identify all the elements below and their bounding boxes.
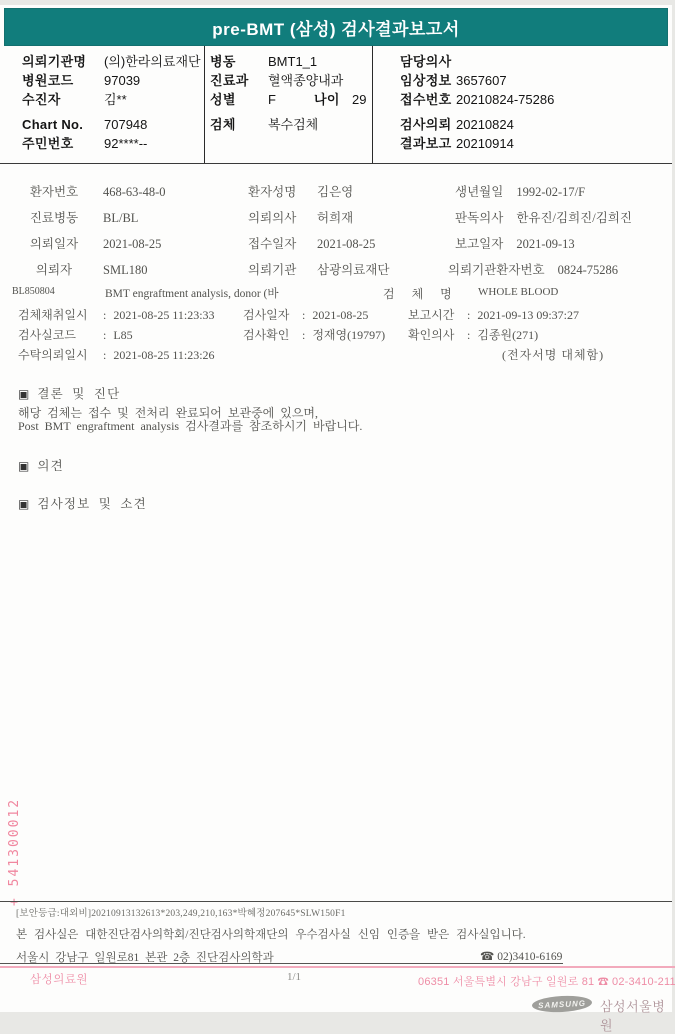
field-value: (의)한라의료재단 bbox=[104, 54, 201, 69]
info-row: 진료과혈액종양내과 bbox=[210, 71, 366, 90]
field-label: 검체채취일시 bbox=[18, 306, 96, 323]
hospital-address-line: 06351 서울특별시 강남구 일원로 81 ☎ 02-3410-2114 bbox=[418, 973, 675, 989]
section-marker-icon: ▣ bbox=[18, 387, 29, 401]
field-value: 707948 bbox=[104, 117, 147, 132]
field-value: 20210824 bbox=[456, 117, 514, 132]
confirm-doctor-field: 확인의사:김종원(271) bbox=[408, 326, 538, 343]
page-number: 1/1 bbox=[287, 971, 301, 983]
field-label: 확인의사 bbox=[408, 326, 460, 343]
field-value: BL/BL bbox=[103, 211, 138, 225]
patient-row: 진료병동BL/BL 의뢰의사허희재 판독의사한유진/김희진/김희진 bbox=[0, 208, 672, 228]
section-opinion-heading: ▣의견 bbox=[18, 456, 64, 474]
field-value: 2021-08-25 bbox=[312, 308, 368, 322]
field-value: 92****-- bbox=[104, 136, 147, 151]
field-label: 의뢰기관명 bbox=[22, 52, 104, 71]
section-title: 결론 및 진단 bbox=[37, 387, 120, 401]
report-title-bar: pre-BMT (삼성) 검사결과보고서 bbox=[4, 8, 668, 46]
info-column-right: 담당의사 임상정보3657607 접수번호20210824-75286 검사의뢰… bbox=[400, 52, 554, 153]
field-label: 의뢰일자 bbox=[18, 234, 90, 252]
field-label: 생년월일 bbox=[455, 182, 503, 200]
verified-by-field: 검사확인:정재영(19797) bbox=[243, 326, 385, 343]
conclusion-line: Post BMT engraftment analysis 검사결과를 참조하시… bbox=[18, 417, 362, 434]
field-label: 의뢰의사 bbox=[248, 208, 304, 226]
section-title: 의견 bbox=[37, 459, 64, 473]
footer-top-rule bbox=[0, 901, 672, 902]
report-time-field: 보고시간:2021-09-13 09:37:27 bbox=[408, 306, 579, 323]
field-value: 2021-09-13 09:37:27 bbox=[477, 308, 579, 322]
field-label: 나이 bbox=[314, 90, 352, 109]
info-row: Chart No.707948 bbox=[22, 115, 201, 134]
section-marker-icon: ▣ bbox=[18, 497, 29, 511]
info-divider-1 bbox=[204, 46, 205, 163]
field-label: 진료과 bbox=[210, 71, 268, 90]
field-label: 의뢰기관환자번호 bbox=[448, 260, 545, 278]
field-label: 보고시간 bbox=[408, 306, 460, 323]
footer-pink-rule bbox=[0, 966, 675, 968]
info-row: 의뢰기관명(의)한라의료재단 bbox=[22, 52, 201, 71]
field-label: 담당의사 bbox=[400, 52, 456, 71]
field-label: 접수번호 bbox=[400, 90, 456, 109]
medical-center-name: 삼성의료원 bbox=[30, 971, 88, 987]
test-date-field: 검사일자:2021-08-25 bbox=[243, 306, 368, 323]
field-label: 의뢰기관 bbox=[248, 260, 304, 278]
field-label: 판독의사 bbox=[455, 208, 503, 226]
field-value: 1992-02-17/F bbox=[516, 185, 585, 199]
field-label: 임상정보 bbox=[400, 71, 456, 90]
field-value: 29 bbox=[352, 92, 366, 107]
info-divider-2 bbox=[372, 46, 373, 163]
field-value: 468-63-48-0 bbox=[103, 185, 166, 199]
field-value: 김종원(271) bbox=[477, 328, 538, 342]
field-label: 병동 bbox=[210, 52, 268, 71]
field-label: 환자번호 bbox=[18, 182, 90, 200]
field-value: 0824-75286 bbox=[558, 263, 618, 277]
field-label: 검사실코드 bbox=[18, 326, 96, 343]
info-row: 수진자김** bbox=[22, 90, 201, 109]
field-value: 삼광의료재단 bbox=[317, 263, 389, 277]
info-row: 주민번호92****-- bbox=[22, 134, 201, 153]
collected-field: 검체채취일시:2021-08-25 11:23:33 bbox=[18, 306, 215, 323]
field-value: BMT1_1 bbox=[268, 54, 317, 69]
field-label: 검체 bbox=[210, 115, 268, 134]
field-label: 진료병동 bbox=[18, 208, 90, 226]
field-value: 김** bbox=[104, 92, 127, 107]
info-row: 검체복수검체 bbox=[210, 115, 366, 134]
field-label: 수탁의뢰일시 bbox=[18, 346, 96, 363]
specimen-label: 검 체 명 bbox=[383, 285, 459, 302]
info-row: 접수번호20210824-75286 bbox=[400, 90, 554, 109]
field-value: 허희재 bbox=[317, 211, 353, 225]
patient-row: 의뢰일자2021-08-25 접수일자2021-08-25 보고일자2021-0… bbox=[0, 234, 672, 254]
info-column-left: 의뢰기관명(의)한라의료재단 병원코드97039 수진자김** Chart No… bbox=[22, 52, 201, 153]
info-bottom-rule bbox=[0, 163, 672, 164]
field-label: 검사의뢰 bbox=[400, 115, 456, 134]
field-value: SML180 bbox=[103, 263, 147, 277]
referred-field: 수탁의뢰일시:2021-08-25 11:23:26 bbox=[18, 346, 215, 363]
samsung-logo-text: SAMSUNG bbox=[538, 998, 586, 1009]
field-value: L85 bbox=[113, 328, 132, 342]
report-sheet: pre-BMT (삼성) 검사결과보고서 의뢰기관명(의)한라의료재단 병원코드… bbox=[0, 5, 672, 1012]
field-value: F bbox=[268, 90, 314, 109]
field-label: 환자성명 bbox=[248, 182, 304, 200]
field-value: 2021-09-13 bbox=[516, 237, 574, 251]
specimen-value: WHOLE BLOOD bbox=[478, 286, 558, 298]
field-label: 보고일자 bbox=[455, 234, 503, 252]
info-row: 성별F나이29 bbox=[210, 90, 366, 109]
patient-row: 환자번호468-63-48-0 환자성명김은영 생년월일1992-02-17/F bbox=[0, 182, 672, 202]
field-value: 정재영(19797) bbox=[312, 328, 385, 342]
info-row: 병원코드97039 bbox=[22, 71, 201, 90]
address-underline bbox=[0, 963, 563, 964]
field-value: 97039 bbox=[104, 73, 140, 88]
test-name: BMT engraftment analysis, donor (바 bbox=[105, 285, 278, 301]
field-label: 수진자 bbox=[22, 90, 104, 109]
field-value: 김은영 bbox=[317, 185, 353, 199]
report-title: pre-BMT (삼성) 검사결과보고서 bbox=[212, 15, 460, 40]
info-column-middle: 병동BMT1_1 진료과혈액종양내과 성별F나이29 검체복수검체 bbox=[210, 52, 366, 134]
field-value: 복수검체 bbox=[268, 117, 318, 132]
patient-row: 의뢰자SML180 의뢰기관삼광의료재단 의뢰기관환자번호0824-75286 bbox=[0, 260, 672, 280]
section-conclusion-heading: ▣결론 및 진단 bbox=[18, 384, 120, 402]
field-label: Chart No. bbox=[22, 115, 104, 134]
field-label: 성별 bbox=[210, 90, 268, 109]
section-title: 검사정보 및 소견 bbox=[37, 497, 147, 511]
samsung-logo: SAMSUNG bbox=[532, 994, 593, 1013]
info-row: 결과보고20210914 bbox=[400, 134, 554, 153]
lab-phone: ☎ 02)3410-6169 bbox=[480, 949, 562, 963]
field-label: 접수일자 bbox=[248, 234, 304, 252]
field-value: 2021-08-25 11:23:33 bbox=[113, 308, 214, 322]
field-label: 검사확인 bbox=[243, 326, 295, 343]
info-row: 병동BMT1_1 bbox=[210, 52, 366, 71]
field-value: 2021-08-25 bbox=[103, 237, 161, 251]
field-value: 2021-08-25 bbox=[317, 237, 375, 251]
field-value: 한유진/김희진/김희진 bbox=[516, 211, 632, 225]
field-label: 주민번호 bbox=[22, 134, 104, 153]
test-code: BL850804 bbox=[12, 286, 55, 297]
field-value: 3657607 bbox=[456, 73, 507, 88]
hospital-name: 삼성서울병원 bbox=[600, 996, 672, 1034]
field-value: 2021-08-25 11:23:26 bbox=[113, 348, 214, 362]
accreditation-line: 본 검사실은 대한진단검사의학회/진단검사의학재단의 우수검사실 신임 인증을 … bbox=[16, 926, 526, 942]
lab-code-field: 검사실코드:L85 bbox=[18, 326, 133, 343]
field-label: 검사일자 bbox=[243, 306, 295, 323]
vertical-accession-code: + 541300012 bbox=[7, 784, 23, 906]
info-row: 임상정보3657607 bbox=[400, 71, 554, 90]
field-label: 의뢰자 bbox=[18, 260, 90, 278]
info-row: 담당의사 bbox=[400, 52, 554, 71]
info-row: 검사의뢰20210824 bbox=[400, 115, 554, 134]
field-label: 병원코드 bbox=[22, 71, 104, 90]
section-extra-heading: ▣검사정보 및 소견 bbox=[18, 494, 147, 512]
field-value: 20210824-75286 bbox=[456, 92, 554, 107]
field-value: 혈액종양내과 bbox=[268, 73, 343, 88]
section-marker-icon: ▣ bbox=[18, 459, 29, 473]
e-sign-note: (전자서명 대체함) bbox=[502, 346, 604, 363]
field-value: 20210914 bbox=[456, 136, 514, 151]
security-classification-line: [보안등급:대외비]20210913132613*203,249,210,163… bbox=[16, 905, 346, 919]
field-label: 결과보고 bbox=[400, 134, 456, 153]
